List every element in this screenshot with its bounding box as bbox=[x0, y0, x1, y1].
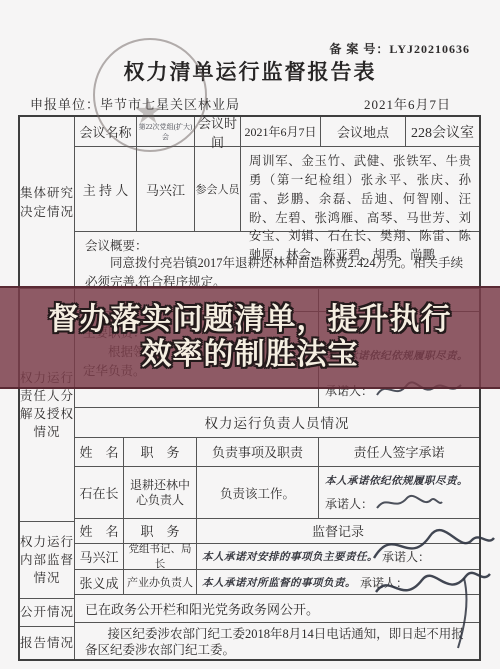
meeting-place-label: 会议地点 bbox=[321, 117, 406, 147]
meeting-name-label: 会议名称 bbox=[75, 117, 137, 147]
responsible-duty: 负责该工作。 bbox=[197, 467, 319, 519]
declaring-unit: 申报单位：毕节市七星关区林业局 bbox=[30, 94, 240, 113]
responsible-promise-label: 承诺人： bbox=[325, 495, 373, 512]
declaring-unit-value: 毕节市七星关区林业局 bbox=[100, 97, 240, 112]
supervision-header-name: 姓 名 bbox=[75, 519, 124, 544]
supervision-row-2: 张义成 产业办负责人 本人承诺对所监督的事项负责。 承诺人： bbox=[75, 570, 479, 596]
supervisor2-title: 产业办负责人 bbox=[124, 570, 197, 596]
meeting-info-row: 会议名称 第22次党组(扩大)会 会议时间 2021年6月7日 会议地点 228… bbox=[75, 117, 479, 147]
supervision-row-1: 马兴江 党组书记、局长 本人承诺对安排的事项负主要责任。 承诺人： bbox=[75, 544, 479, 570]
label-publicity: 公开情况 bbox=[20, 599, 74, 627]
col-header-signature: 责任人签字承诺 bbox=[319, 438, 479, 468]
responsible-name: 石在长 bbox=[75, 467, 124, 519]
responsibility-data-row: 石在长 退耕还林中心负责人 负责该工作。 本人承诺依纪依规履职尽责。 承诺人： bbox=[75, 467, 479, 519]
page-title: 权力清单运行监督报告表 bbox=[0, 56, 500, 86]
meeting-time-label: 会议时间 bbox=[195, 117, 241, 147]
col-header-name: 姓 名 bbox=[75, 438, 124, 468]
publicity-value: 已在政务公开栏和阳光党务政务网公开。 bbox=[85, 599, 319, 618]
supervisor1-record: 本人承诺对安排的事项负主要责任。 bbox=[202, 549, 378, 564]
record-number-value: LYJ20210636 bbox=[389, 42, 470, 56]
record-number-label: 备 案 号： bbox=[329, 42, 389, 56]
report-value: 接区纪委涉农部门纪工委2018年8月14日电话通知，即日起不用报备区纪委涉农部门… bbox=[85, 627, 464, 658]
headline-banner: 督办落实问题清单，提升执行 效率的制胜法宝 bbox=[0, 286, 500, 389]
supervision-header-record: 监督记录 bbox=[197, 519, 479, 544]
meeting-place-value: 228会议室 bbox=[406, 117, 479, 147]
scanned-report-page: 备 案 号：LYJ20210636 权力清单运行监督报告表 ★ 申报单位：毕节市… bbox=[0, 0, 500, 669]
supervisor1-record-cell: 本人承诺对安排的事项负主要责任。 承诺人： bbox=[197, 544, 479, 570]
responsibility-header-row: 姓 名 职 务 负责事项及职责 责任人签字承诺 bbox=[75, 438, 479, 468]
meeting-name-value: 第22次党组(扩大)会 bbox=[137, 117, 195, 147]
label-collective-decision: 集体研究 决定情况 bbox=[20, 117, 74, 289]
supervisor2-promise-label: 承诺人： bbox=[360, 574, 408, 591]
host-attendees-row: 主 持 人 马兴江 参会人员 周训军、金玉竹、武健、张铁军、牛贵勇（第一纪检组）… bbox=[75, 147, 479, 232]
record-number: 备 案 号：LYJ20210636 bbox=[329, 40, 470, 57]
attendees-list: 周训军、金玉竹、武健、张铁军、牛贵勇（第一纪检组）张永平、张庆、孙雷、彭鹏、余磊… bbox=[241, 147, 479, 232]
supervision-header-row: 姓 名 职 务 监督记录 bbox=[75, 519, 479, 544]
label-report-status: 报告情况 bbox=[20, 627, 74, 659]
responsible-title: 退耕还林中心负责人 bbox=[124, 467, 197, 519]
headline-line-1: 督办落实问题清单，提升执行 bbox=[49, 303, 452, 338]
publicity-row: 已在政务公开栏和阳光党务政务网公开。 bbox=[75, 595, 479, 623]
host-label: 主 持 人 bbox=[75, 147, 137, 232]
responsible-signature-cell: 本人承诺依纪依规履职尽责。 承诺人： bbox=[319, 467, 479, 519]
supervisor1-title: 党组书记、局长 bbox=[124, 544, 197, 570]
host-value: 马兴江 bbox=[137, 147, 195, 232]
report-status-row: 接区纪委涉农部门纪工委2018年8月14日电话通知，即日起不用报备区纪委涉农部门… bbox=[75, 623, 479, 659]
document-date: 2021年6月7日 bbox=[364, 94, 451, 113]
supervisor2-name: 张义成 bbox=[75, 570, 124, 596]
supervisor2-record-cell: 本人承诺对所监督的事项负责。 承诺人： bbox=[197, 570, 479, 596]
power-personnel-section-title: 权力运行负责人员情况 bbox=[75, 408, 479, 438]
attendees-label: 参会人员 bbox=[195, 147, 241, 232]
supervision-header-title: 职 务 bbox=[124, 519, 197, 544]
col-header-duty: 负责事项及职责 bbox=[197, 438, 319, 468]
supervisor1-promise-label: 承诺人： bbox=[382, 548, 430, 565]
col-header-title: 职 务 bbox=[124, 438, 197, 468]
meeting-time-value: 2021年6月7日 bbox=[241, 117, 321, 147]
summary-label: 会议概要： bbox=[85, 236, 469, 254]
supervisor2-record: 本人承诺对所监督的事项负责。 bbox=[202, 575, 356, 590]
signature-shizaichang bbox=[373, 492, 445, 514]
label-internal-supervision: 权力运行 内部监督 情况 bbox=[20, 522, 74, 599]
headline-line-2: 效率的制胜法宝 bbox=[142, 338, 359, 373]
supervisor1-name: 马兴江 bbox=[75, 544, 124, 570]
section-title-row: 权力运行负责人员情况 bbox=[75, 408, 479, 438]
declaring-unit-label: 申报单位： bbox=[30, 97, 100, 112]
responsible-promise-text: 本人承诺依纪依规履职尽责。 bbox=[325, 476, 468, 487]
meeting-summary-row: 会议概要： 同意拨付亮岩镇2017年退耕还林种苗造林费2.424万元。相关手续必… bbox=[75, 232, 479, 289]
